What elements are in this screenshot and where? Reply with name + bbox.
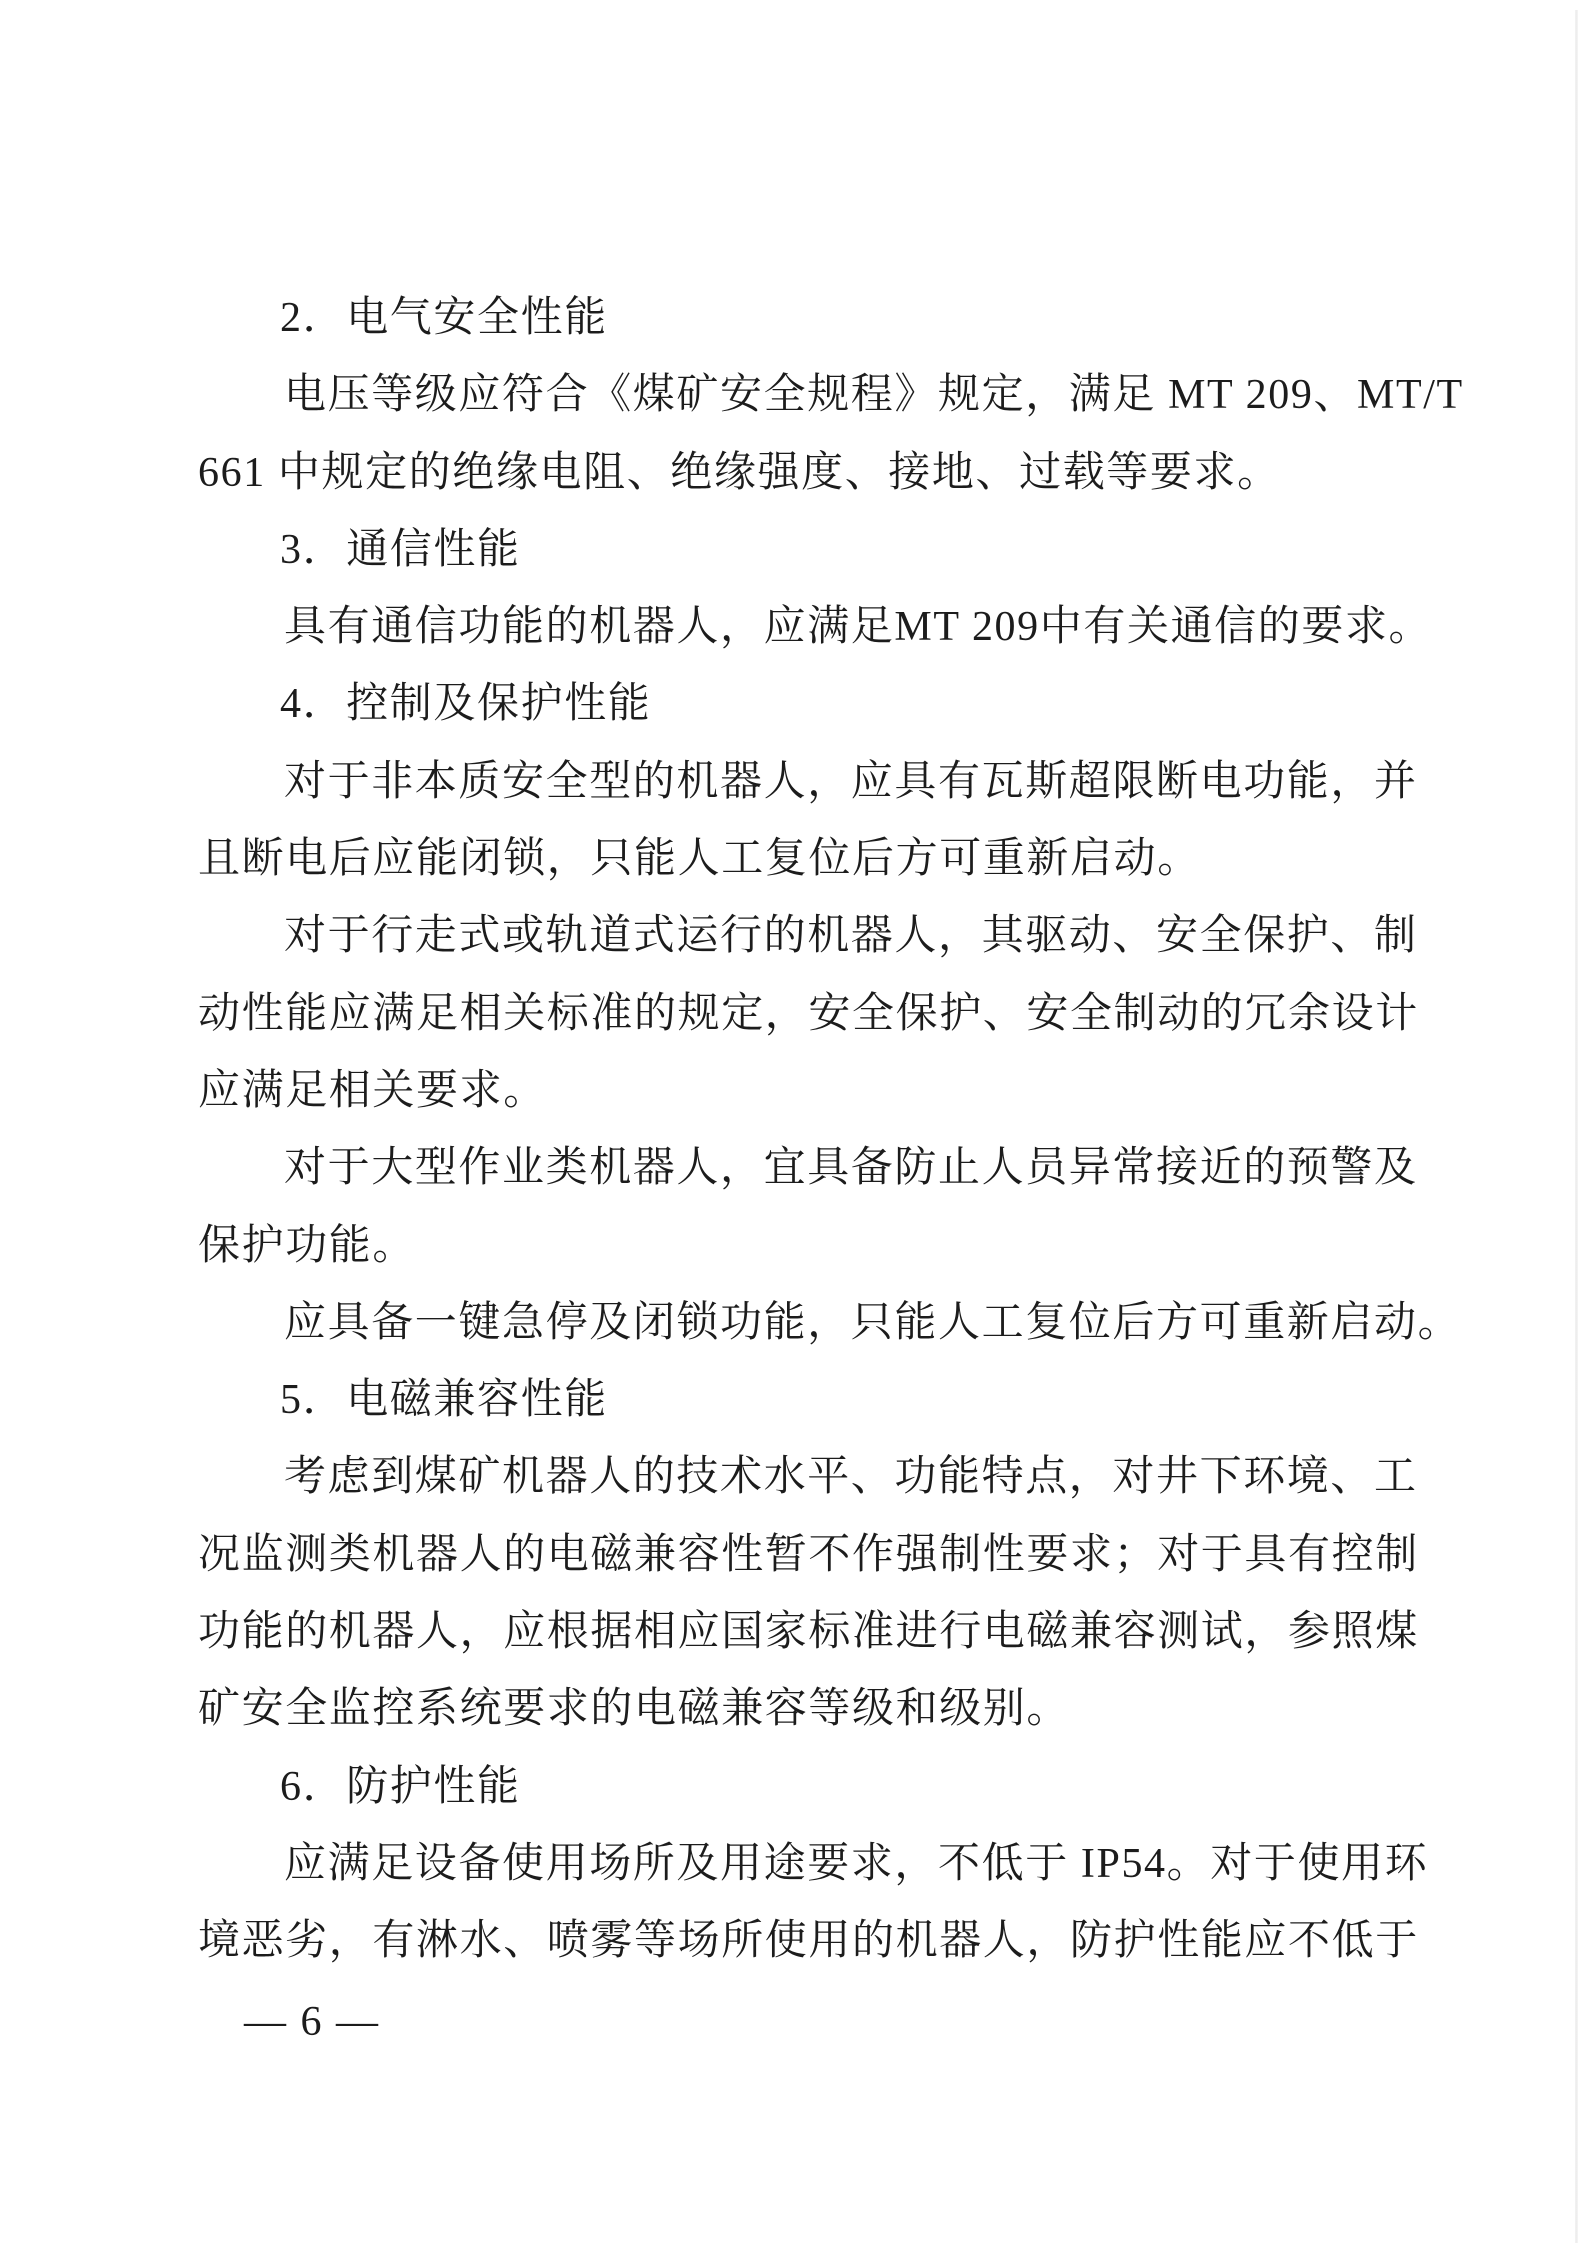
paragraph-line: 况监测类机器人的电磁兼容性暂不作强制性要求；对于具有控制: [198, 1517, 1394, 1594]
page-edge-divider: [1575, 10, 1578, 2243]
paragraph-line: 具有通信功能的机器人，应满足MT 209中有关通信的要求。: [198, 589, 1394, 666]
paragraph-line: 境恶劣，有淋水、喷雾等场所使用的机器人，防护性能应不低于: [198, 1903, 1394, 1980]
paragraph-line: 对于非本质安全型的机器人，应具有瓦斯超限断电功能，并: [198, 744, 1394, 821]
paragraph-line: 对于行走式或轨道式运行的机器人，其驱动、安全保护、制: [198, 898, 1394, 975]
paragraph-line: 且断电后应能闭锁，只能人工复位后方可重新启动。: [198, 821, 1394, 898]
section-heading-electrical-safety: 2．电气安全性能: [198, 280, 1394, 357]
paragraph-line: 矿安全监控系统要求的电磁兼容等级和级别。: [198, 1671, 1394, 1748]
paragraph-line: 动性能应满足相关标准的规定，安全保护、安全制动的冗余设计: [198, 976, 1394, 1053]
document-page: 2．电气安全性能 电压等级应符合《煤矿安全规程》规定，满足 MT 209、MT/…: [0, 0, 1587, 2243]
paragraph-line: 应具备一键急停及闭锁功能，只能人工复位后方可重新启动。: [198, 1285, 1394, 1362]
section-heading-emc: 5．电磁兼容性能: [198, 1362, 1394, 1439]
paragraph-line: 保护功能。: [198, 1208, 1394, 1285]
section-heading-control-protection: 4．控制及保护性能: [198, 666, 1394, 743]
page-number: — 6 —: [244, 1996, 380, 2048]
paragraph-line: 应满足相关要求。: [198, 1053, 1394, 1130]
paragraph-line: 电压等级应符合《煤矿安全规程》规定，满足 MT 209、MT/T: [198, 357, 1394, 434]
section-heading-communication: 3．通信性能: [198, 512, 1394, 589]
paragraph-line: 功能的机器人，应根据相应国家标准进行电磁兼容测试，参照煤: [198, 1594, 1394, 1671]
section-heading-protection: 6．防护性能: [198, 1749, 1394, 1826]
paragraph-line: 应满足设备使用场所及用途要求，不低于 IP54。对于使用环: [198, 1826, 1394, 1903]
paragraph-line: 考虑到煤矿机器人的技术水平、功能特点，对井下环境、工: [198, 1439, 1394, 1516]
paragraph-line: 661 中规定的绝缘电阻、绝缘强度、接地、过载等要求。: [198, 435, 1394, 512]
document-body: 2．电气安全性能 电压等级应符合《煤矿安全规程》规定，满足 MT 209、MT/…: [198, 280, 1394, 1981]
paragraph-line: 对于大型作业类机器人，宜具备防止人员异常接近的预警及: [198, 1130, 1394, 1207]
